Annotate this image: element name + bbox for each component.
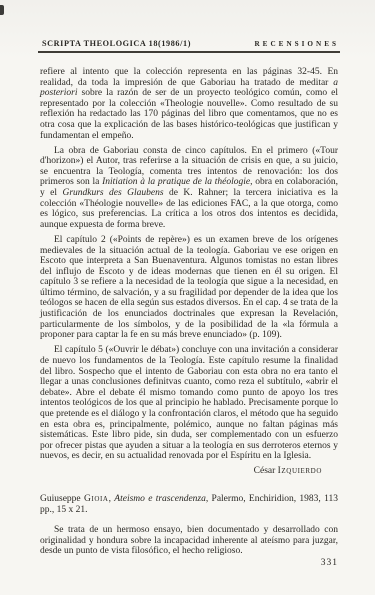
page-header: SCRIPTA THEOLOGICA 18(1986/1) RECENSIONE… bbox=[42, 39, 339, 48]
review-paragraph: Se trata de un hermoso ensayo, bien docu… bbox=[40, 525, 338, 557]
page-body: refiere al intento que la colección repr… bbox=[40, 67, 338, 561]
review-paragraph: El capítulo 5 («Ouvrir le débat») conclu… bbox=[40, 345, 338, 462]
scan-artifact-mark bbox=[0, 5, 4, 15]
scanned-journal-page: SCRIPTA THEOLOGICA 18(1986/1) RECENSIONE… bbox=[0, 0, 375, 595]
book-citation: Guiuseppe Gioia, Ateismo e trascendenza,… bbox=[40, 494, 338, 516]
section-label: RECENSIONES bbox=[254, 40, 339, 48]
header-divider bbox=[38, 51, 340, 53]
review-paragraph: El capítulo 2 («Points de repère») es un… bbox=[40, 235, 338, 341]
review-paragraph-continuation: refiere al intento que la colección repr… bbox=[40, 67, 338, 141]
reviewer-signature: César Izquierdo bbox=[40, 466, 338, 477]
page-number: 331 bbox=[321, 558, 338, 568]
journal-title: SCRIPTA THEOLOGICA 18(1986/1) bbox=[42, 39, 191, 48]
review-paragraph: La obra de Gaboriau consta de cinco capí… bbox=[40, 146, 338, 231]
